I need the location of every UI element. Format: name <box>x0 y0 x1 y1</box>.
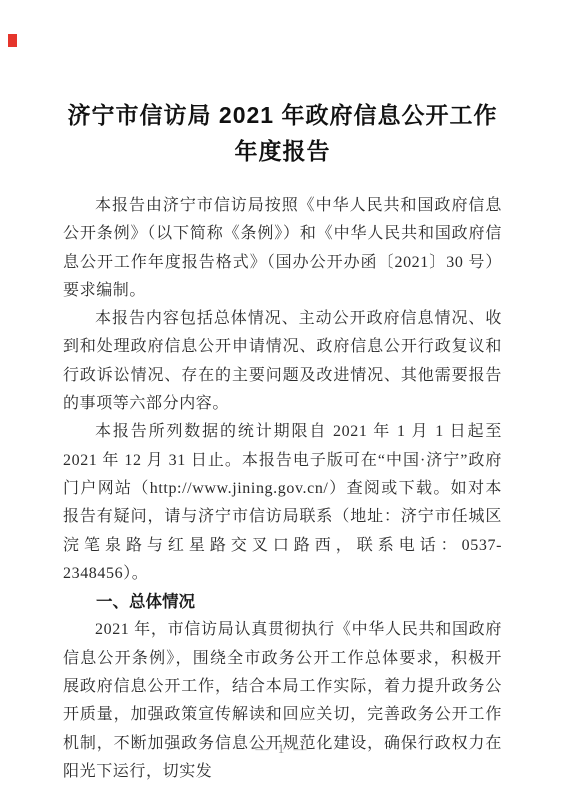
report-content: 济宁市信访局 2021 年政府信息公开工作 年度报告 本报告由济宁市信访局按照《… <box>63 0 502 786</box>
report-title-line1: 济宁市信访局 2021 年政府信息公开工作 <box>63 97 502 133</box>
report-page: 济宁市信访局 2021 年政府信息公开工作 年度报告 本报告由济宁市信访局按照《… <box>0 0 565 799</box>
paragraph-report-basis: 本报告由济宁市信访局按照《中华人民共和国政府信息公开条例》（以下简称《条例》）和… <box>63 192 502 305</box>
section-heading-overall-situation: 一、总体情况 <box>63 588 502 616</box>
red-stamp-marker <box>8 34 17 47</box>
paragraph-overall-situation: 2021 年，市信访局认真贯彻执行《中华人民共和国政府信息公开条例》，围绕全市政… <box>63 616 502 786</box>
page-number: — 1 — <box>0 741 565 757</box>
paragraph-data-period-and-contact: 本报告所列数据的统计期限自 2021 年 1 月 1 日起至 2021 年 12… <box>63 418 502 588</box>
report-title-line2: 年度报告 <box>63 133 502 169</box>
paragraph-report-contents: 本报告内容包括总体情况、主动公开政府信息情况、收到和处理政府信息公开申请情况、政… <box>63 305 502 418</box>
report-title: 济宁市信访局 2021 年政府信息公开工作 年度报告 <box>63 97 502 169</box>
